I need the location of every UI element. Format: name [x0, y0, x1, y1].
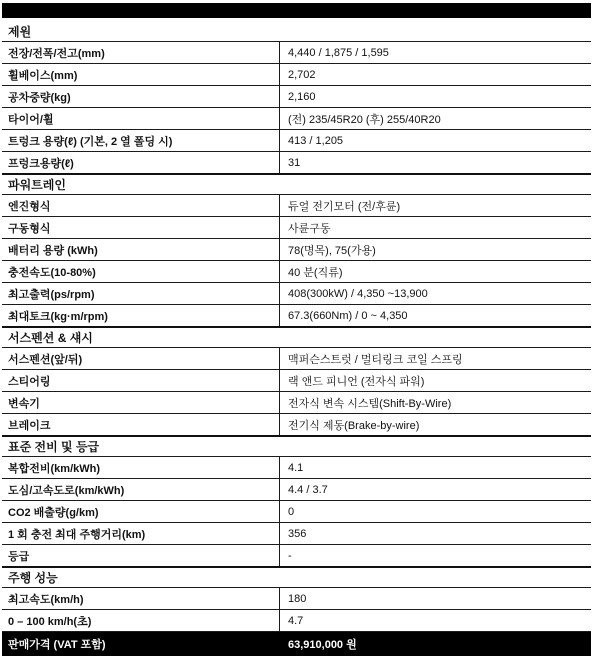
- row-label: 최고출력(ps/rpm): [2, 283, 280, 304]
- row-value: 랙 앤드 피니언 (전자식 파워): [280, 370, 591, 391]
- row-label: CO2 배출량(g/km): [2, 501, 280, 522]
- row-value: 180: [280, 588, 591, 609]
- row-label: 0 – 100 km/h(초): [2, 610, 280, 631]
- table-row: CO2 배출량(g/km)0: [2, 501, 591, 523]
- row-value: 사륜구동: [280, 217, 591, 238]
- row-value: 4,440 / 1,875 / 1,595: [280, 42, 591, 63]
- row-label: 공차중량(kg): [2, 86, 280, 107]
- table-row: 도심/고속도로(km/kWh)4.4 / 3.7: [2, 479, 591, 501]
- row-value: 2,702: [280, 64, 591, 85]
- row-value: 356: [280, 523, 591, 544]
- row-label: 서스펜션(앞/뒤): [2, 348, 280, 369]
- row-value: 듀얼 전기모터 (전/후륜): [280, 195, 591, 216]
- row-value: 맥퍼슨스트럿 / 멀티링크 코일 스프링: [280, 348, 591, 369]
- row-value: 전기식 제동(Brake-by-wire): [280, 414, 591, 435]
- table-row: 스티어링랙 앤드 피니언 (전자식 파워): [2, 370, 591, 392]
- table-row: 타이어/휠(전) 235/45R20 (후) 255/40R20: [2, 108, 591, 130]
- row-label: 최고속도(km/h): [2, 588, 280, 609]
- table-row: 공차중량(kg)2,160: [2, 86, 591, 108]
- row-label: 엔진형식: [2, 195, 280, 216]
- section-header: 제원: [2, 22, 591, 42]
- table-row: 최고출력(ps/rpm)408(300kW) / 4,350 ~13,900: [2, 283, 591, 305]
- row-label: 구동형식: [2, 217, 280, 238]
- row-label: 충전속도(10-80%): [2, 261, 280, 282]
- row-value: 4.4 / 3.7: [280, 479, 591, 500]
- table-row: 트렁크 용량(ℓ) (기본, 2 열 폴딩 시)413 / 1,205: [2, 130, 591, 152]
- row-label: 휠베이스(mm): [2, 64, 280, 85]
- row-label: 트렁크 용량(ℓ) (기본, 2 열 폴딩 시): [2, 130, 280, 151]
- row-label: 도심/고속도로(km/kWh): [2, 479, 280, 500]
- table-row: 구동형식사륜구동: [2, 217, 591, 239]
- row-label: 등급: [2, 545, 280, 566]
- table-row: 서스펜션(앞/뒤)맥퍼슨스트럿 / 멀티링크 코일 스프링: [2, 348, 591, 370]
- row-value: 31: [280, 152, 591, 173]
- table-row: 엔진형식듀얼 전기모터 (전/후륜): [2, 195, 591, 217]
- row-value: 78(명목), 75(가용): [280, 239, 591, 260]
- row-value: 408(300kW) / 4,350 ~13,900: [280, 283, 591, 304]
- row-value: 전자식 변속 시스템(Shift-By-Wire): [280, 392, 591, 413]
- redacted-title-bar: [2, 3, 591, 18]
- spec-sheet-page: 제원전장/전폭/전고(mm)4,440 / 1,875 / 1,595휠베이스(…: [0, 0, 600, 659]
- table-row: 브레이크전기식 제동(Brake-by-wire): [2, 414, 591, 436]
- table-row: 등급-: [2, 545, 591, 567]
- price-value: 63,910,000 원: [280, 632, 591, 656]
- row-label: 배터리 용량 (kWh): [2, 239, 280, 260]
- table-row: 최고속도(km/h)180: [2, 588, 591, 610]
- section-header: 표준 전비 및 등급: [2, 435, 591, 457]
- table-row: 휠베이스(mm)2,702: [2, 64, 591, 86]
- row-value: (전) 235/45R20 (후) 255/40R20: [280, 108, 591, 129]
- row-label: 타이어/휠: [2, 108, 280, 129]
- row-value: 67.3(660Nm) / 0 ~ 4,350: [280, 305, 591, 326]
- table-row: 0 – 100 km/h(초)4.7: [2, 610, 591, 632]
- row-label: 최대토크(kg·m/rpm): [2, 305, 280, 326]
- row-value: 4.7: [280, 610, 591, 631]
- row-label: 복합전비(km/kWh): [2, 457, 280, 478]
- row-value: -: [280, 545, 591, 566]
- section-header: 주행 성능: [2, 566, 591, 588]
- section-header: 서스펜션 & 섀시: [2, 326, 591, 348]
- section-header: 파워트레인: [2, 173, 591, 195]
- row-label: 프렁크용량(ℓ): [2, 152, 280, 173]
- table-row: 최대토크(kg·m/rpm)67.3(660Nm) / 0 ~ 4,350: [2, 305, 591, 327]
- row-label: 전장/전폭/전고(mm): [2, 42, 280, 63]
- table-row: 프렁크용량(ℓ)31: [2, 152, 591, 174]
- row-label: 브레이크: [2, 414, 280, 435]
- row-label: 스티어링: [2, 370, 280, 391]
- table-row: 복합전비(km/kWh)4.1: [2, 457, 591, 479]
- row-label: 1 회 충전 최대 주행거리(km): [2, 523, 280, 544]
- price-row: 판매가격 (VAT 포함) 63,910,000 원: [2, 632, 591, 656]
- table-row: 변속기전자식 변속 시스템(Shift-By-Wire): [2, 392, 591, 414]
- row-value: 4.1: [280, 457, 591, 478]
- row-value: 0: [280, 501, 591, 522]
- table-row: 전장/전폭/전고(mm)4,440 / 1,875 / 1,595: [2, 42, 591, 64]
- spec-table: 제원전장/전폭/전고(mm)4,440 / 1,875 / 1,595휠베이스(…: [2, 22, 591, 632]
- table-row: 1 회 충전 최대 주행거리(km)356: [2, 523, 591, 545]
- row-value: 413 / 1,205: [280, 130, 591, 151]
- table-row: 충전속도(10-80%)40 분(직류): [2, 261, 591, 283]
- row-value: 40 분(직류): [280, 261, 591, 282]
- table-row: 배터리 용량 (kWh)78(명목), 75(가용): [2, 239, 591, 261]
- row-label: 변속기: [2, 392, 280, 413]
- row-value: 2,160: [280, 86, 591, 107]
- price-label: 판매가격 (VAT 포함): [2, 632, 280, 656]
